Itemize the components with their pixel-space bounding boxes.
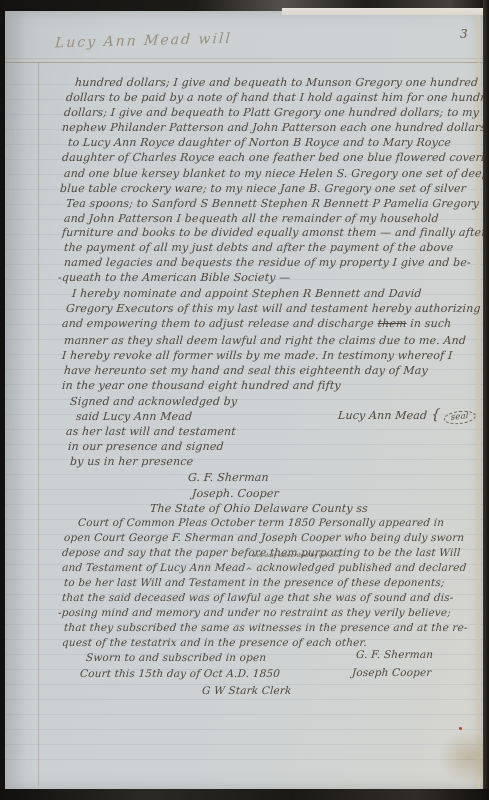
deponent-signature: Joseph Cooper xyxy=(352,667,432,679)
will-line-strikethrough: and empowering them to adjust release an… xyxy=(62,317,452,330)
probate-line-pre: and Testament of Lucy Ann Mead xyxy=(62,562,246,574)
page-number: 3 xyxy=(460,27,468,41)
will-line: to Lucy Ann Royce daughter of Norton B R… xyxy=(68,136,452,149)
will-line: in the year one thousand eight hundred a… xyxy=(62,379,342,392)
will-line: nephew Philander Patterson and John Patt… xyxy=(62,121,489,134)
paper-speck xyxy=(459,727,462,730)
will-line: the payment of all my just debts and aft… xyxy=(64,241,454,254)
interlineation: was duly subscribed by her and xyxy=(252,553,341,559)
seal-brace: { xyxy=(431,407,441,423)
seal: { seal xyxy=(431,407,477,424)
probate-line: -posing mind and memory and under no res… xyxy=(58,607,452,619)
will-line: Tea spoons; to Sanford S Bennett Stephen… xyxy=(66,197,480,210)
will-line: dollars to be paid by a note of hand tha… xyxy=(66,91,489,104)
seal-bubble: seal xyxy=(444,409,476,425)
will-line: manner as they shall deem lawful and rig… xyxy=(64,334,467,347)
will-line: and one blue kersey blanket to my niece … xyxy=(64,167,489,180)
will-line: furniture and books to be divided equall… xyxy=(62,226,488,239)
probate-line: open Court George F. Sherman and Joseph … xyxy=(64,532,465,544)
jurat-line: Court this 15th day of Oct A.D. 1850 xyxy=(80,668,281,680)
probate-line-post: acknowledged published and declared xyxy=(253,562,467,574)
struck-word: them xyxy=(377,317,407,330)
probate-line: that the said deceased was of lawful age… xyxy=(62,592,454,604)
attestation-line: in our presence and signed xyxy=(68,440,225,453)
will-line-post: in such xyxy=(406,317,452,330)
probate-line: to be her last Will and Testament in the… xyxy=(64,577,445,589)
probate-line: quest of the testatrix and in the presen… xyxy=(62,637,368,649)
signature-name: Lucy Ann Mead xyxy=(338,409,428,422)
attestation-line: said Lucy Ann Mead xyxy=(76,410,193,423)
will-line: -queath to the American Bible Society — xyxy=(58,271,291,284)
clerk-signature: G W Stark Clerk xyxy=(202,685,292,697)
scanned-will-page: Lucy Ann Mead will 3 hundred dollars; I … xyxy=(0,0,489,800)
will-line: blue table crockery ware; to my niece Ja… xyxy=(60,182,467,195)
book-edge-left xyxy=(0,0,5,800)
probate-line: that they subscribed the same as witness… xyxy=(64,622,468,634)
will-line: dollars; I give and bequeath to Platt Gr… xyxy=(64,106,480,119)
book-edge-right xyxy=(483,0,489,800)
book-edge-bottom xyxy=(0,789,489,800)
attestation-line: as her last will and testament xyxy=(66,425,237,438)
attestation-line: Signed and acknowledged by xyxy=(70,395,238,408)
will-line: hundred dollars; I give and bequeath to … xyxy=(75,76,479,89)
will-line: I hereby revoke all former wills by me m… xyxy=(62,349,453,362)
will-line: Gregory Executors of this my last will a… xyxy=(66,302,482,315)
will-line: and John Patterson I bequeath all the re… xyxy=(64,212,440,225)
attestation-line: by us in her presence xyxy=(70,455,194,468)
deponent-signature: G. F. Sherman xyxy=(356,649,434,661)
will-line: have hereunto set my hand and seal this … xyxy=(64,364,429,377)
probate-heading: The State of Ohio Delaware County ss xyxy=(150,502,369,515)
header-rule-faint xyxy=(5,58,483,59)
testatrix-signature: Lucy Ann Mead{ seal xyxy=(337,407,476,424)
jurat-line: Sworn to and subscribed in open xyxy=(86,652,267,664)
witness-signature: G. F. Sherman xyxy=(188,471,270,484)
probate-line: Court of Common Pleas October term 1850 … xyxy=(78,517,445,529)
margin-rule xyxy=(38,62,39,786)
will-line: daughter of Charles Royce each one feath… xyxy=(62,151,489,164)
will-line: I hereby nominate and appoint Stephen R … xyxy=(72,287,423,300)
will-line-pre: and empowering them to adjust release an… xyxy=(62,317,378,330)
adjacent-page-edge xyxy=(282,8,489,15)
probate-line-with-caret: and Testament of Lucy Ann Mead^ acknowle… xyxy=(61,562,466,577)
witness-signature: Joseph. Cooper xyxy=(192,487,280,500)
header-rule xyxy=(5,62,483,63)
will-line: named legacies and bequests the residue … xyxy=(64,256,472,269)
paper-stain xyxy=(438,730,489,785)
